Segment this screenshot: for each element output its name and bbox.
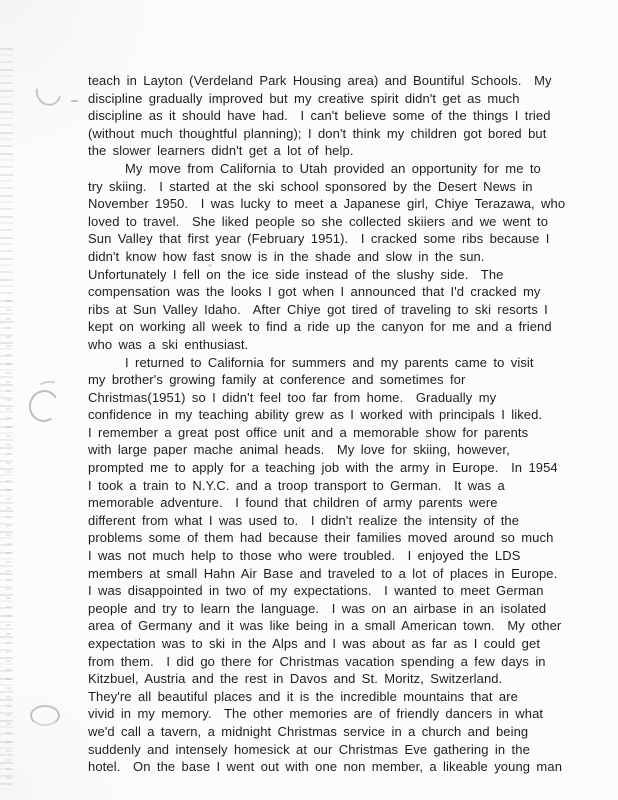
text-line: ribs at Sun Valley Idaho. After Chiye go… — [88, 301, 574, 319]
scanned-page: teach in Layton (Verdeland Park Housing … — [0, 0, 618, 800]
text-line: discipline gradually improved but my cre… — [88, 90, 574, 108]
text-line: from them. I did go there for Christmas … — [88, 653, 574, 671]
text-line: I returned to California for summers and… — [88, 354, 574, 372]
text-line: vivid in my memory. The other memories a… — [88, 705, 574, 723]
text-line: my brother's growing family at conferenc… — [88, 371, 574, 389]
text-line: I remember a great post office unit and … — [88, 424, 574, 442]
text-line: I was not much help to those who were tr… — [88, 547, 574, 565]
text-line: loved to travel. She liked people so she… — [88, 213, 574, 231]
text-block: teach in Layton (Verdeland Park Housing … — [88, 72, 574, 776]
text-line: kept on working all week to find a ride … — [88, 318, 574, 336]
text-line: Unfortunately I fell on the ice side ins… — [88, 266, 574, 284]
text-line: confidence in my teaching ability grew a… — [88, 406, 574, 424]
text-line: we'd call a tavern, a midnight Christmas… — [88, 723, 574, 741]
text-line: (without much thoughtful planning); I do… — [88, 125, 574, 143]
paragraph: teach in Layton (Verdeland Park Housing … — [88, 72, 574, 160]
scan-speck — [71, 100, 78, 102]
text-line: who was a ski enthusiast. — [88, 336, 574, 354]
text-line: didn't know how fast snow is in the shad… — [88, 248, 574, 266]
text-line: members at small Hahn Air Base and trave… — [88, 565, 574, 583]
text-line: hotel. On the base I went out with one n… — [88, 758, 574, 776]
text-line: discipline as it should have had. I can'… — [88, 107, 574, 125]
text-line: expectation was to ski in the Alps and I… — [88, 635, 574, 653]
text-line: different from what I was used to. I did… — [88, 512, 574, 530]
text-line: try skiing. I started at the ski school … — [88, 178, 574, 196]
text-line: I took a train to N.Y.C. and a troop tra… — [88, 477, 574, 495]
text-line: memorable adventure. I found that childr… — [88, 494, 574, 512]
text-line: November 1950. I was lucky to meet a Jap… — [88, 195, 574, 213]
paragraph: I returned to California for summers and… — [88, 354, 574, 776]
text-line: prompted me to apply for a teaching job … — [88, 459, 574, 477]
text-line: suddenly and intensely homesick at our C… — [88, 741, 574, 759]
text-line: area of Germany and it was like being in… — [88, 617, 574, 635]
text-line: compensation was the looks I got when I … — [88, 283, 574, 301]
torn-paper-edge-inner — [6, 300, 11, 780]
text-line: Christmas(1951) so I didn't feel too far… — [88, 389, 574, 407]
text-line: My move from California to Utah provided… — [88, 160, 574, 178]
binder-ring-mark-top — [31, 75, 66, 111]
binder-ring-mark-bottom — [30, 705, 60, 726]
text-line: Sun Valley that first year (February 195… — [88, 230, 574, 248]
text-line: Kitzbuel, Austria and the rest in Davos … — [88, 670, 574, 688]
binder-ring-mark-middle — [26, 387, 62, 425]
text-line: teach in Layton (Verdeland Park Housing … — [88, 72, 574, 90]
text-line: with large paper mache animal heads. My … — [88, 441, 574, 459]
text-line: I was disappointed in two of my expectat… — [88, 582, 574, 600]
text-line: They're all beautiful places and it is t… — [88, 688, 574, 706]
text-line: problems some of them had because their … — [88, 529, 574, 547]
text-line: the slower learners didn't get a lot of … — [88, 142, 574, 160]
paragraph: My move from California to Utah provided… — [88, 160, 574, 354]
text-line: people and try to learn the language. I … — [88, 600, 574, 618]
